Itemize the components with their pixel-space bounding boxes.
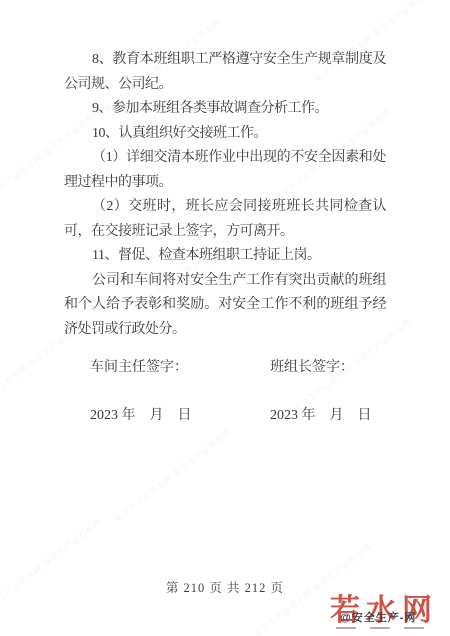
team-leader-signature-label: 班组长签字： — [270, 356, 354, 381]
team-leader-date: 2023 年 月 日 — [270, 404, 372, 429]
paragraph: （1）详细交清本班作业中出现的不安全因素和处理过程中的事项。 — [64, 146, 386, 195]
paragraph: 11、督促、检查本班组职工持证上岗。 — [64, 244, 386, 269]
document-body: 8、教育本班组职工严格遵守安全生产规章制度及公司规、公司纪。 9、参加本班组各类… — [64, 48, 386, 342]
diagonal-watermark: 安全生产@若水网 安全生产@若水网 — [112, 426, 234, 524]
site-logo-overlay-text: @安全生产-网 — [340, 609, 416, 625]
document-page: 安全生产@若水网 安全生产@若水网 安全生产@若水网 安全生产@若水网 安全生产… — [0, 0, 450, 636]
logo-underline-marks — [336, 627, 424, 629]
workshop-director-signature-label: 车间主任签字： — [90, 356, 220, 381]
paragraph: 10、认真组织好交接班工作。 — [64, 122, 386, 147]
workshop-director-date: 2023 年 月 日 — [90, 404, 220, 429]
paragraph: （2）交班时，班长应会同接班班长共同检查认可，在交接班记录上签字，方可离开。 — [64, 195, 386, 244]
paragraph: 8、教育本班组职工严格遵守安全生产规章制度及公司规、公司纪。 — [64, 48, 386, 97]
paragraph: 公司和车间将对安全生产工作有突出贡献的班组和个人给予表彰和奖励。对安全工作不利的… — [64, 269, 386, 343]
paragraph: 9、参加本班组各类事故调查分析工作。 — [64, 97, 386, 122]
diagonal-watermark: 安全生产@若水网 安全生产@若水网 — [0, 516, 104, 614]
site-logo: 若水网 @安全生产-网 — [330, 596, 448, 632]
signature-block: 车间主任签字： 班组长签字： 2023 年 月 日 2023 年 月 日 — [64, 356, 386, 428]
